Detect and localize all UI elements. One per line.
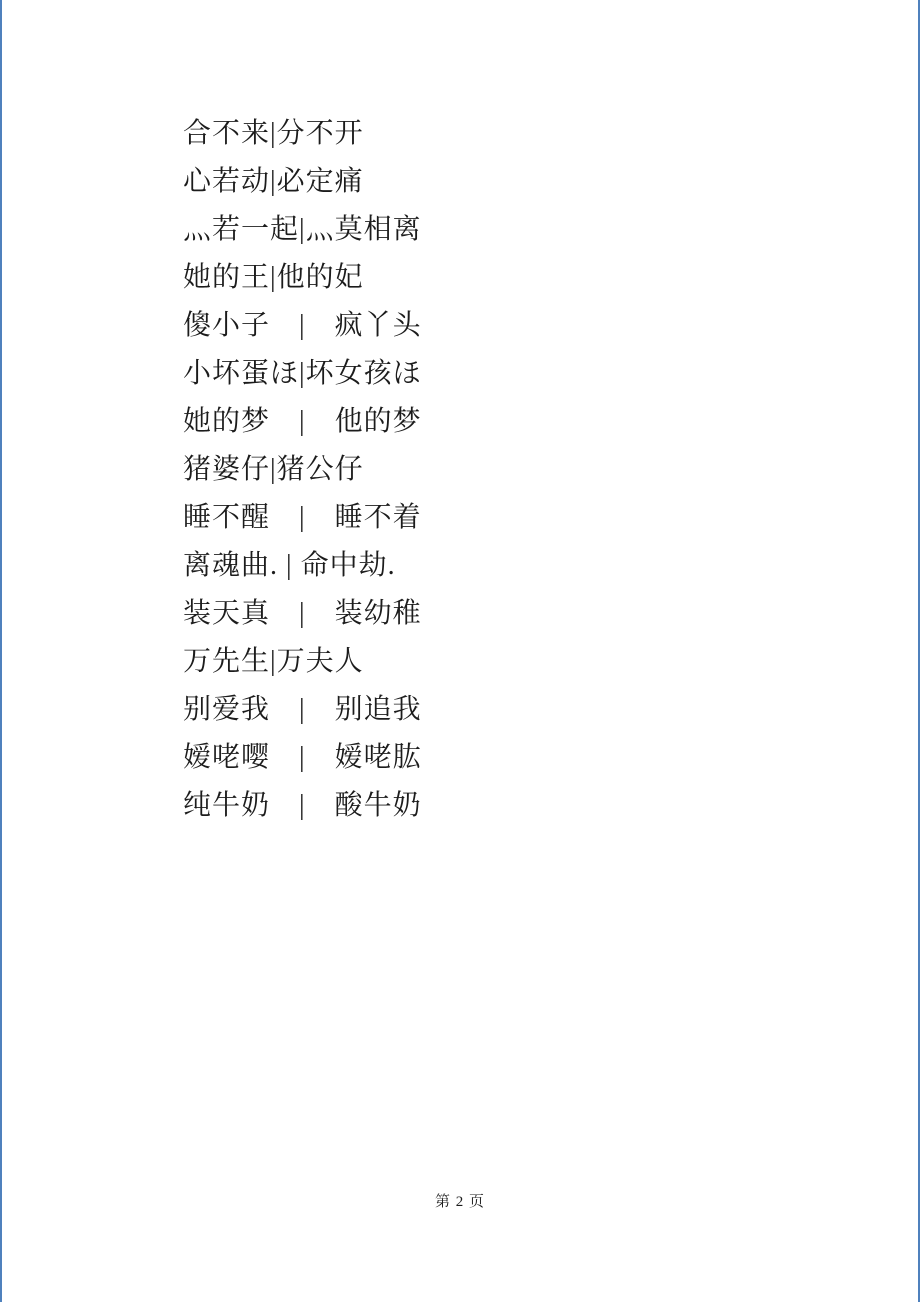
name-pair-row: 她的王|他的妃 — [183, 254, 860, 302]
pair-separator: | — [270, 310, 335, 341]
pair-separator: | — [270, 598, 335, 629]
pair-right-name: 睡不着 — [335, 502, 422, 533]
pair-left-name: 她的王 — [183, 262, 270, 293]
pair-left-name: 离魂曲. — [183, 550, 278, 581]
pair-left-name: 嫒咾嘤 — [183, 742, 270, 773]
pair-right-name: 命中劫. — [301, 550, 396, 581]
pair-right-name: 疯丫头 — [335, 310, 422, 341]
name-pair-row: 傻小子 | 疯丫头 — [183, 302, 860, 350]
pair-left-name: 装天真 — [183, 598, 270, 629]
pair-right-name: 灬莫相离 — [306, 214, 422, 245]
pair-right-name: 他的妃 — [277, 262, 364, 293]
pair-separator: | — [270, 118, 277, 149]
pair-separator: | — [270, 742, 335, 773]
pair-left-name: 合不来 — [183, 118, 270, 149]
pair-right-name: 必定痛 — [277, 166, 364, 197]
name-pair-row: 心若动|必定痛 — [183, 158, 860, 206]
name-pair-row: 灬若一起|灬莫相离 — [183, 206, 860, 254]
pair-separator: | — [299, 358, 306, 389]
name-pair-row: 小坏蛋ほ|坏女孩ほ — [183, 350, 860, 398]
pair-separator: | — [270, 262, 277, 293]
name-pair-row: 纯牛奶 | 酸牛奶 — [183, 782, 860, 830]
pair-separator: | — [278, 550, 301, 581]
document-page: 合不来|分不开 心若动|必定痛 灬若一起|灬莫相离 她的王|他的妃 傻小子 | … — [0, 0, 920, 1302]
name-pair-row: 睡不醒 | 睡不着 — [183, 494, 860, 542]
pair-separator: | — [299, 214, 306, 245]
pair-right-name: 坏女孩ほ — [306, 358, 422, 389]
pair-left-name: 万先生 — [183, 646, 270, 677]
pair-left-name: 纯牛奶 — [183, 790, 270, 821]
name-pair-row: 嫒咾嘤 | 嫒咾肱 — [183, 734, 860, 782]
name-pair-row: 离魂曲. | 命中劫. — [183, 542, 860, 590]
pair-right-name: 他的梦 — [335, 406, 422, 437]
pair-left-name: 小坏蛋ほ — [183, 358, 299, 389]
name-pair-row: 合不来|分不开 — [183, 110, 860, 158]
pair-right-name: 分不开 — [277, 118, 364, 149]
pair-left-name: 灬若一起 — [183, 214, 299, 245]
pair-left-name: 别爱我 — [183, 694, 270, 725]
page-number: 第 2 页 — [435, 1194, 485, 1210]
pair-right-name: 酸牛奶 — [335, 790, 422, 821]
pair-right-name: 万夫人 — [277, 646, 364, 677]
pair-separator: | — [270, 502, 335, 533]
pair-separator: | — [270, 454, 277, 485]
page-edge-bar-left — [0, 0, 2, 1302]
name-pair-row: 猪婆仔|猪公仔 — [183, 446, 860, 494]
name-pair-row: 万先生|万夫人 — [183, 638, 860, 686]
pair-left-name: 她的梦 — [183, 406, 270, 437]
pair-right-name: 嫒咾肱 — [335, 742, 422, 773]
pair-separator: | — [270, 406, 335, 437]
pair-right-name: 猪公仔 — [277, 454, 364, 485]
pair-left-name: 傻小子 — [183, 310, 270, 341]
pair-right-name: 别追我 — [335, 694, 422, 725]
pair-left-name: 猪婆仔 — [183, 454, 270, 485]
page-footer: 第 2 页 — [0, 1190, 920, 1211]
pair-separator: | — [270, 646, 277, 677]
pair-separator: | — [270, 790, 335, 821]
name-pair-row: 装天真 | 装幼稚 — [183, 590, 860, 638]
name-pairs-list: 合不来|分不开 心若动|必定痛 灬若一起|灬莫相离 她的王|他的妃 傻小子 | … — [183, 110, 860, 830]
pair-left-name: 睡不醒 — [183, 502, 270, 533]
name-pair-row: 别爱我 | 别追我 — [183, 686, 860, 734]
pair-separator: | — [270, 166, 277, 197]
pair-separator: | — [270, 694, 335, 725]
name-pair-row: 她的梦 | 他的梦 — [183, 398, 860, 446]
pair-left-name: 心若动 — [183, 166, 270, 197]
pair-right-name: 装幼稚 — [335, 598, 422, 629]
